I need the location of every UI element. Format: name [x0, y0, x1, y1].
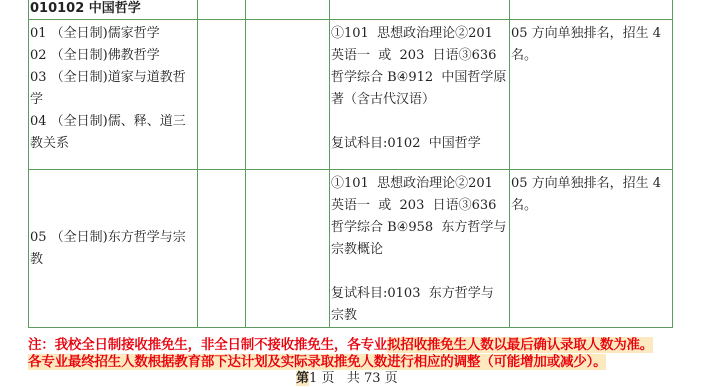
- direction-line: 05 （全日制)东方哲学与宗: [30, 227, 196, 249]
- admission-note-line-2: 各专业最终招生人数根据教育部下达计划及实际录取推免人数进行相应的调整（可能增加或…: [28, 353, 606, 371]
- table-row: 05 （全日制)东方哲学与宗 教 ①101 思想政治理论②201 英语一 或 2…: [29, 170, 673, 328]
- direction-line: 01 （全日制)儒家哲学: [30, 23, 196, 45]
- direction-line: 04 （全日制)儒、释、道三: [30, 111, 196, 133]
- exam-subjects-cell: ①101 思想政治理论②201 英语一 或 203 日语③636 哲学综合 B④…: [330, 20, 510, 170]
- note-highlighted-text: 拟招收推免生人数以最后确认录取人数为准。: [387, 337, 653, 353]
- exam-line: 宗教概论: [331, 239, 508, 261]
- page-prefix: 第: [296, 371, 309, 386]
- empty-cell: [246, 170, 330, 328]
- total-prefix: 共: [347, 371, 360, 386]
- direction-line: 02 （全日制)佛教哲学: [30, 45, 196, 67]
- remarks-cell: 05 方向单独排名，招生 4 名。: [510, 170, 673, 328]
- total-suffix: 页: [385, 371, 398, 386]
- exam-line: ①101 思想政治理论②201: [331, 173, 508, 195]
- exam-line: 著（含古代汉语）: [331, 89, 508, 111]
- exam-line: 哲学综合 B④912 中国哲学原: [331, 67, 508, 89]
- table-row: 01 （全日制)儒家哲学 02 （全日制)佛教哲学 03 （全日制)道家与道教哲…: [29, 20, 673, 170]
- major-header-row: 010102 中国哲学: [29, 0, 673, 20]
- remark-line: 名。: [511, 195, 671, 217]
- remark-line: 名。: [511, 45, 671, 67]
- note-highlighted-text: 各专业最终招生人数根据教育部下达计划及实际录取推免人数进行相应的调整（可能增加或…: [28, 354, 606, 370]
- remark-line: 05 方向单独排名，招生 4: [511, 173, 671, 195]
- direction-line: 学: [30, 89, 196, 111]
- research-directions-cell: 05 （全日制)东方哲学与宗 教: [29, 170, 198, 328]
- header-cell: [198, 0, 246, 20]
- spacer: [331, 111, 508, 133]
- header-cell: [246, 0, 330, 20]
- remarks-cell: 05 方向单独排名，招生 4 名。: [510, 20, 673, 170]
- remark-line: 05 方向单独排名，招生 4: [511, 23, 671, 45]
- admissions-table: 010102 中国哲学 01 （全日制)儒家哲学 02 （全日制)佛教哲学 03…: [28, 0, 673, 328]
- exam-line: 英语一 或 203 日语③636: [331, 45, 508, 67]
- empty-cell: [198, 20, 246, 170]
- exam-line: 哲学综合 B④958 东方哲学与: [331, 217, 508, 239]
- retest-line: 宗教: [331, 305, 508, 327]
- exam-line: ①101 思想政治理论②201: [331, 23, 508, 45]
- empty-cell: [246, 20, 330, 170]
- note-text: 注：我校全日制接收推免生，非全日制不接收推免生，各专业: [28, 337, 387, 353]
- total-pages: 73: [364, 371, 381, 386]
- exam-line: 英语一 或 203 日语③636: [331, 195, 508, 217]
- research-directions-cell: 01 （全日制)儒家哲学 02 （全日制)佛教哲学 03 （全日制)道家与道教哲…: [29, 20, 198, 170]
- current-page: 1: [309, 371, 317, 386]
- header-cell: [330, 0, 510, 20]
- page-indicator: 第1 页 共 73 页: [296, 370, 398, 387]
- exam-subjects-cell: ①101 思想政治理论②201 英语一 或 203 日语③636 哲学综合 B④…: [330, 170, 510, 328]
- retest-line: 复试科目:0102 中国哲学: [331, 133, 508, 155]
- header-cell: [510, 0, 673, 20]
- direction-line: 教关系: [30, 133, 196, 155]
- empty-cell: [198, 170, 246, 328]
- direction-line: 教: [30, 249, 196, 271]
- spacer: [331, 261, 508, 283]
- direction-line: 03 （全日制)道家与道教哲: [30, 67, 196, 89]
- page-label: 页: [321, 371, 334, 386]
- admission-note-line-1: 注：我校全日制接收推免生，非全日制不接收推免生，各专业拟招收推免生人数以最后确认…: [28, 336, 653, 354]
- retest-line: 复试科目:0103 东方哲学与: [331, 283, 508, 305]
- major-title: 010102 中国哲学: [29, 0, 198, 20]
